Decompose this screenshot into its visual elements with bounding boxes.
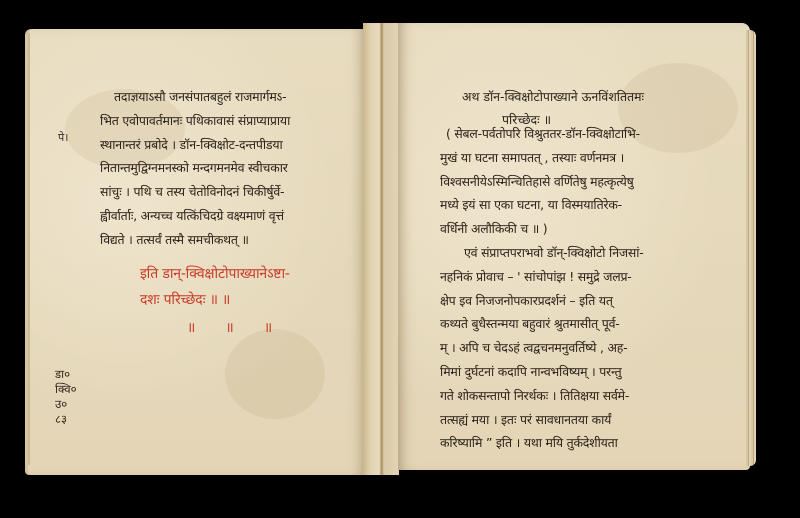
text-line: विश्वसनीयेऽस्मिन्चितिहासे वर्णितेषु महत्… — [440, 170, 644, 194]
text-line: मुखं या घटना समापतत् , तस्याः वर्णनमत्र … — [440, 146, 644, 170]
text-line: कथ्यते बुधैस्तन्मया बहुवारं श्रुतमासीत् … — [440, 312, 644, 336]
left-page-body: तदाज्ञयाऽसौ जनसंपातबहुलं राजमार्गमऽ- भित… — [100, 85, 290, 252]
text-line: स्थानान्तरं प्रबोदे । डॉन-क्विक्षोट-दन्त… — [100, 133, 290, 157]
folio-mark: उ० — [55, 397, 77, 412]
colophon-rubric-line1: इति डान्-क्विक्षोटोपाख्यानेऽष्टा- — [140, 264, 290, 283]
colophon-rubric-line2: दशः परिच्छेदः ॥ ॥ — [140, 290, 230, 309]
margin-mark: पे। — [58, 130, 68, 145]
text-line: वर्धिनी अलौकिकी च ॥ ) — [440, 217, 644, 241]
folio-mark: ८३ — [55, 412, 77, 427]
text-line: गते शोकसन्तापो निरर्थकः । तितिक्षया सर्व… — [440, 384, 644, 408]
text-line: तत्सह्यं मया । इतः परं सावधानतया कार्यं — [440, 408, 644, 432]
text-line: मिमां दुर्घटनां कदापि नान्वभविष्यम् । पर… — [440, 360, 644, 384]
paper-stain — [225, 329, 325, 419]
text-line: विद्यते । तत्सर्वं तस्मै समचीकथत् ॥ — [100, 228, 290, 252]
folio-mark: डा० — [55, 367, 77, 382]
text-line: ( सेबल-पर्वतोपरि विश्रुततर-डॉन-क्विक्षोट… — [440, 122, 644, 146]
folio-mark: क्वि० — [55, 382, 77, 397]
text-line: भित एवोपावर्तमानः पथिकावासं संप्राप्याप्… — [100, 109, 290, 133]
page-edges — [746, 30, 756, 466]
right-page-body: ( सेबल-पर्वतोपरि विश्रुततर-डॉन-क्विक्षोट… — [440, 122, 644, 455]
text-line: सांचुः । पथि च तस्य चेतोविनोदनं चिकीर्षु… — [100, 180, 290, 204]
folio-marks: डा० क्वि० उ० ८३ — [55, 367, 77, 427]
text-line: एवं संप्राप्तपराभवो डॉन्-क्विक्षोटो निजस… — [440, 241, 644, 265]
book-spine — [363, 23, 399, 475]
colophon-rubric-line3: ॥ ॥ ॥ — [187, 318, 272, 337]
text-line: करिष्यामि ” इति । यथा मयि तुर्कदेशीयता — [440, 431, 644, 455]
text-line: नहनिकं प्रोवाच – ' सांचोपांझ ! समुद्रे ज… — [440, 265, 644, 289]
text-line: क्षेप इव निजजनोपकारप्रदर्शनं – इति यत् — [440, 289, 644, 313]
text-line: ह्वीर्वार्ताः, अन्यच्च यत्किंचिदग्रे वक्… — [100, 204, 290, 228]
text-line: तदाज्ञयाऽसौ जनसंपातबहुलं राजमार्गमऽ- — [100, 85, 290, 109]
chapter-heading: अथ डॉन-क्विक्षोटोपाख्याने ऊनविंशतितमः — [462, 88, 644, 105]
text-line: मध्ये इयं सा एका घटना, या विस्मयातिरेक- — [440, 193, 644, 217]
open-manuscript: पे। तदाज्ञयाऽसौ जनसंपातबहुलं राजमार्गमऽ-… — [0, 0, 800, 518]
text-line: नितान्तमुद्विग्नमनस्को मन्दगमनमेव स्वीचक… — [100, 156, 290, 180]
text-line: म् । अपि च चेदऽहं त्वद्वचनमनुवर्तिष्ये ,… — [440, 336, 644, 360]
